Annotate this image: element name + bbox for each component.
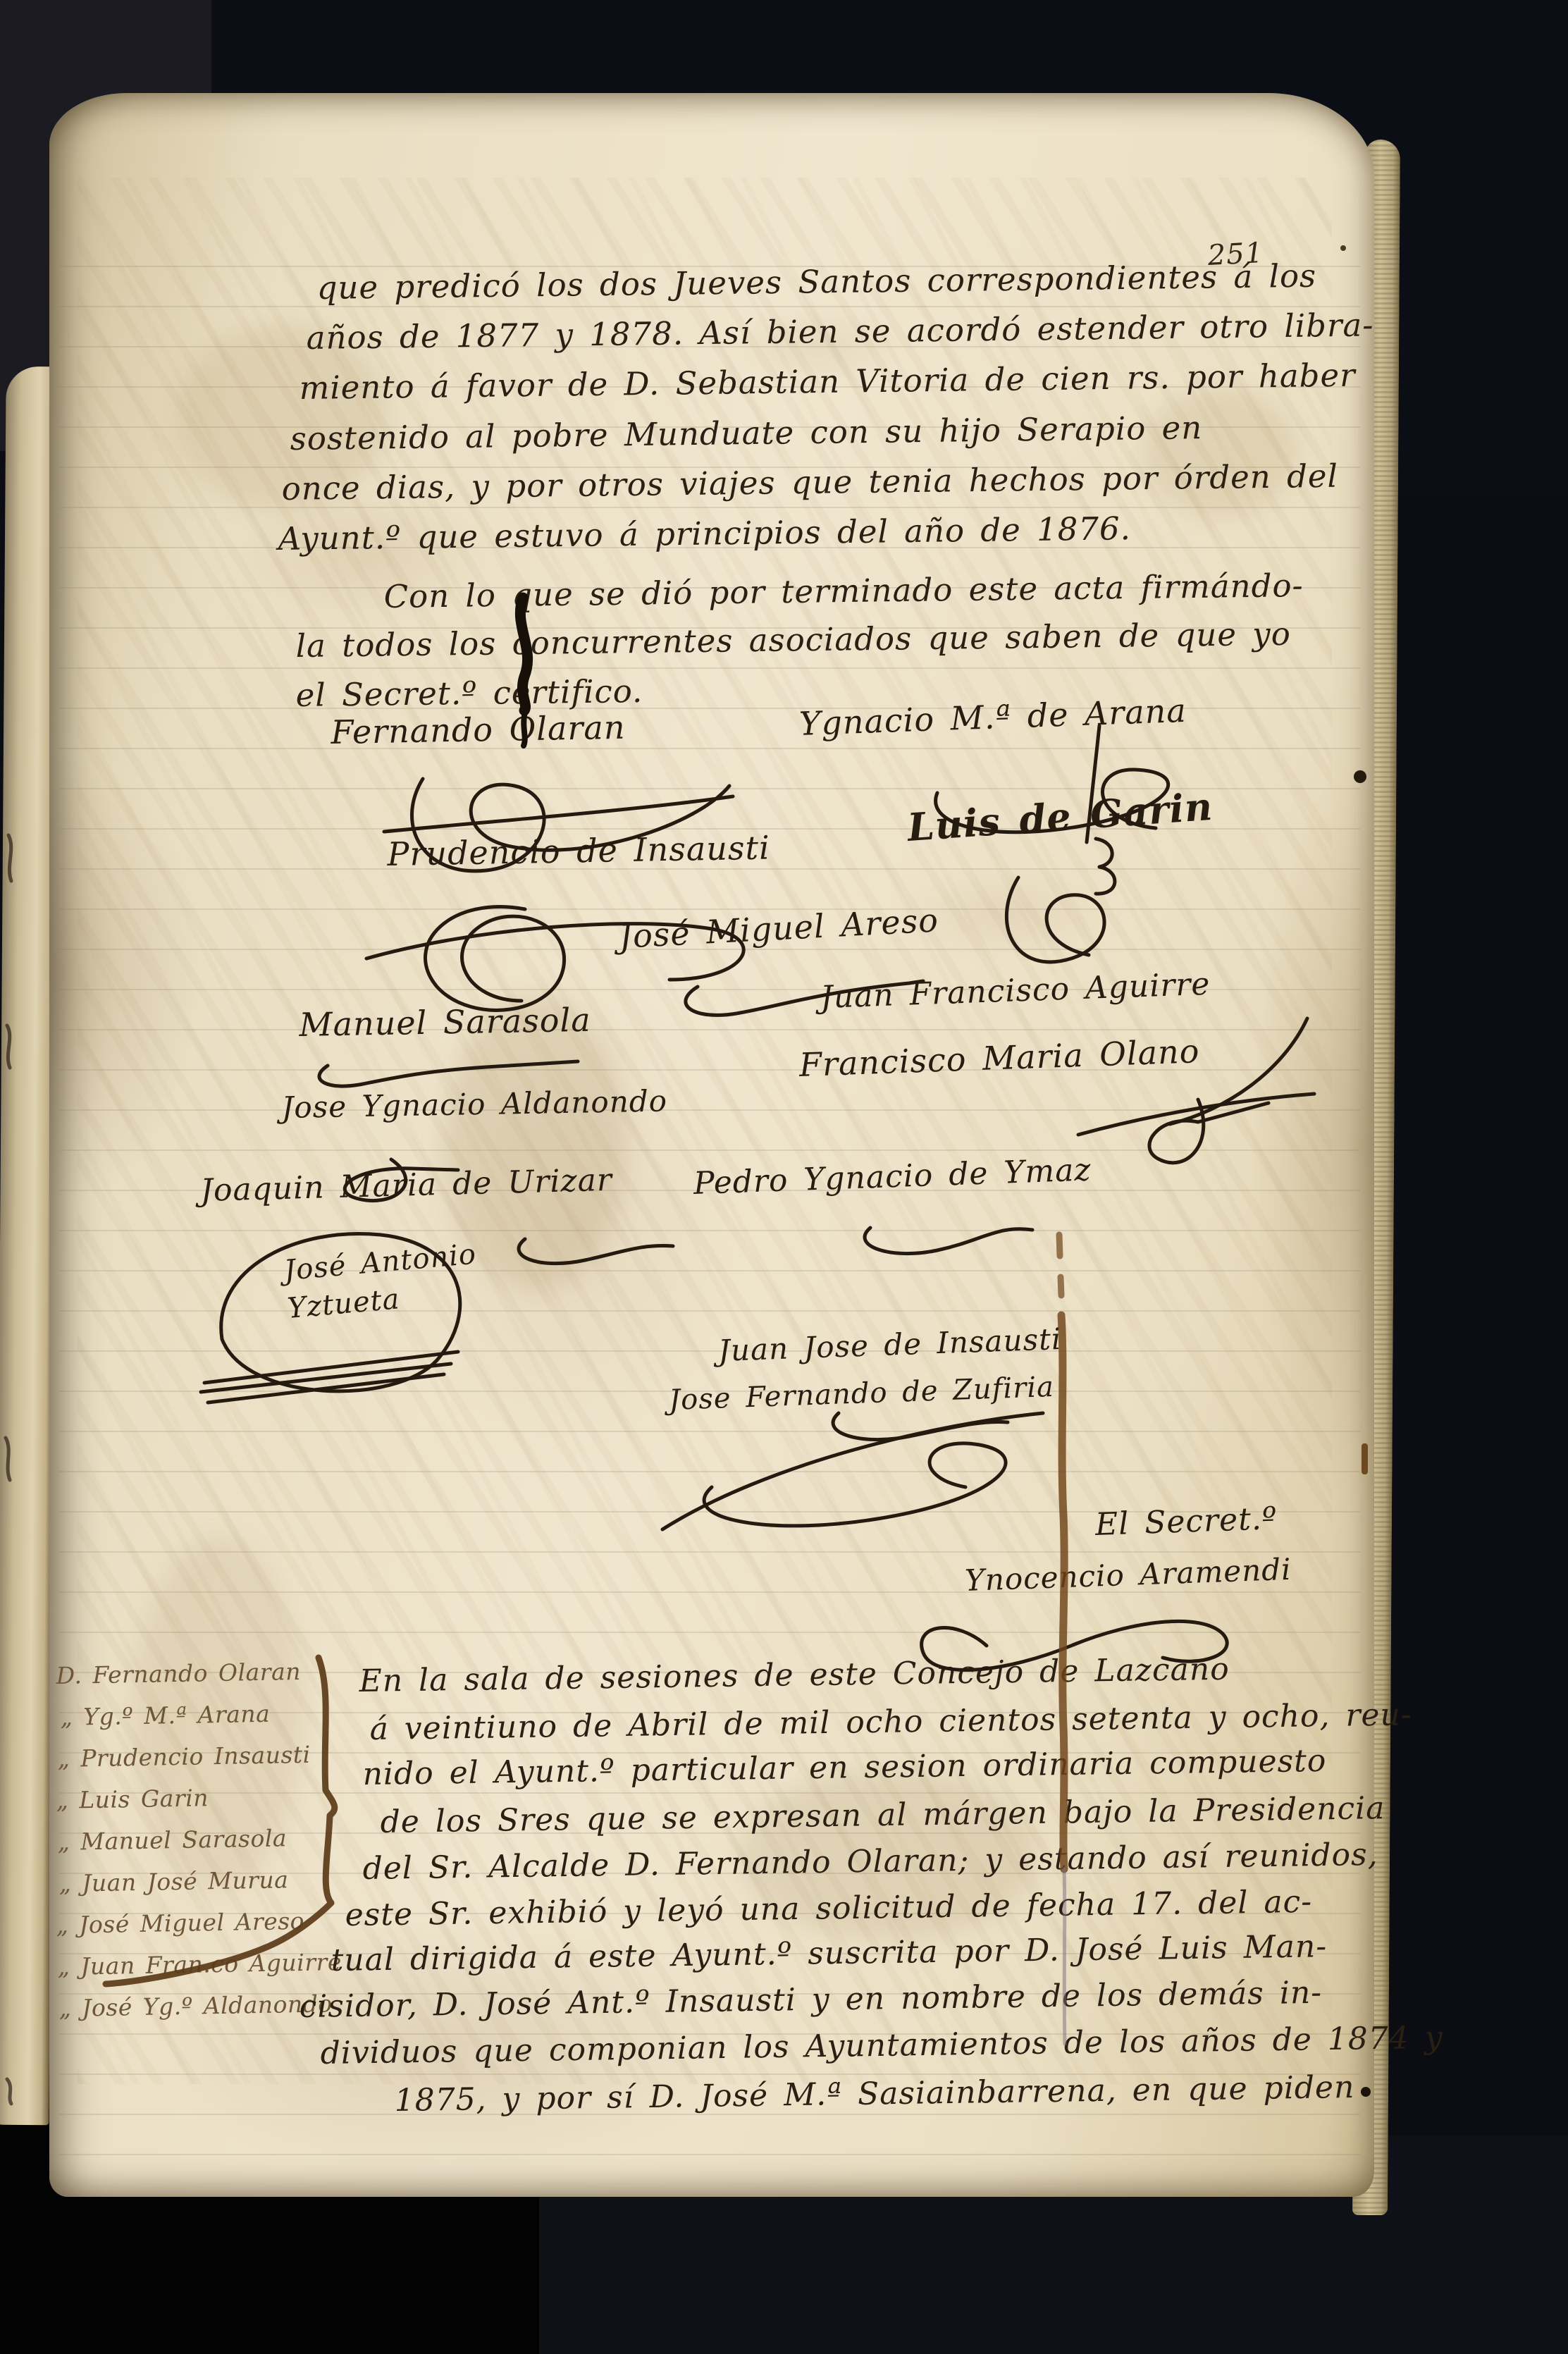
signature-jose-fernando-zufiria: Jose Fernando de Zufiria <box>668 1371 1054 1417</box>
manuscript-line: sostenido al pobre Munduate con su hijo … <box>290 409 1202 457</box>
manuscript-line: Con lo que se dió por terminado este act… <box>383 567 1304 615</box>
signature-jose-antonio-yztueta: José Antonio Yztueta <box>283 1238 481 1325</box>
secretary-title: El Secret.º <box>1094 1500 1278 1543</box>
foxing-stain <box>1142 389 1297 516</box>
signature-ygnacio-arana: Ygnacio M.ª de Arana <box>798 691 1187 743</box>
margin-name: „ Prudencio Insausti <box>57 1741 311 1773</box>
manuscript-line: dividuos que componian los Ayuntamientos… <box>320 2020 1443 2071</box>
margin-name: „ Juan José Murua <box>58 1866 288 1897</box>
manuscript-line: años de 1877 y 1878. Así bien se acordó … <box>306 306 1373 357</box>
margin-name: „ Manuel Sarasola <box>57 1824 287 1856</box>
manuscript-line: 1875, y por sí D. José M.ª Sasiainbarren… <box>394 2069 1354 2119</box>
manuscript-line: que predicó los dos Jueves Santos corres… <box>316 257 1316 307</box>
manuscript-line: la todos los concurrentes asociados que … <box>295 615 1291 665</box>
signature-francisco-maria-olano: Francisco Maria Olano <box>798 1032 1200 1084</box>
margin-name: D. Fernando Olaran <box>56 1658 301 1689</box>
photo-background: 251 que predicó los dos Jueves Santos co… <box>0 0 1568 2354</box>
manuscript-line: cisidor, D. José Ant.º Insausti y en nom… <box>299 1975 1322 2025</box>
manuscript-line: del Sr. Alcalde D. Fernando Olaran; y es… <box>362 1837 1378 1887</box>
manuscript-line: En la sala de sesiones de este Concejo d… <box>359 1651 1230 1699</box>
manuscript-line: tual dirigida á este Ayunt.º suscrita po… <box>331 1928 1327 1978</box>
manuscript-line: once dias, y por otros viajes que tenia … <box>281 457 1338 507</box>
signature-jose-ygnacio-aldanondo: Jose Ygnacio Aldanondo <box>281 1083 667 1125</box>
signature-joaquin-maria-urizar: Joaquin Maria de Urizar <box>200 1162 613 1209</box>
signature-juan-francisco-aguirre: Juan Francisco Aguirre <box>820 966 1211 1016</box>
manuscript-line: Ayunt.º que estuvo á principios del año … <box>278 510 1131 557</box>
margin-name: „ José Yg.º Aldanondo <box>58 1990 333 2022</box>
manuscript-line: de los Sres que se expresan al márgen ba… <box>380 1790 1385 1840</box>
manuscript-line: el Secret.º certifico. <box>295 672 643 714</box>
margin-name: „ Juan Fran.co Aguirre <box>57 1948 342 1980</box>
manuscript-line: este Sr. exhibió y leyó una solicitud de… <box>345 1884 1312 1933</box>
manuscript-line: nido el Ayunt.º particular en sesion ord… <box>362 1743 1326 1792</box>
manuscript-page: 251 que predicó los dos Jueves Santos co… <box>49 93 1374 2197</box>
margin-name: „ Yg.º M.ª Arana <box>60 1700 270 1731</box>
manuscript-line: miento á favor de D. Sebastian Vitoria d… <box>299 357 1355 407</box>
margin-name: „ Luis Garin <box>56 1784 209 1814</box>
signature-prudencio-insausti: Prudencio de Insausti <box>387 829 770 873</box>
signature-juan-jose-insausti: Juan Jose de Insausti <box>717 1321 1062 1368</box>
signature-luis-garin: Luis de Garin <box>906 784 1215 850</box>
secretary-signature: Ynocencio Aramendi <box>964 1552 1292 1598</box>
signature-jose-miguel-areso: José Miguel Areso <box>618 901 939 956</box>
signature-manuel-sarasola: Manuel Sarasola <box>299 1001 591 1044</box>
margin-name: „ José Miguel Areso <box>56 1907 304 1939</box>
signature-pedro-ygnacio-ymaz: Pedro Ygnacio de Ymaz <box>693 1152 1092 1202</box>
manuscript-line: á veintiuno de Abril de mil ocho cientos… <box>369 1696 1412 1747</box>
signature-fernando-olaran: Fernando Olaran <box>331 708 626 751</box>
